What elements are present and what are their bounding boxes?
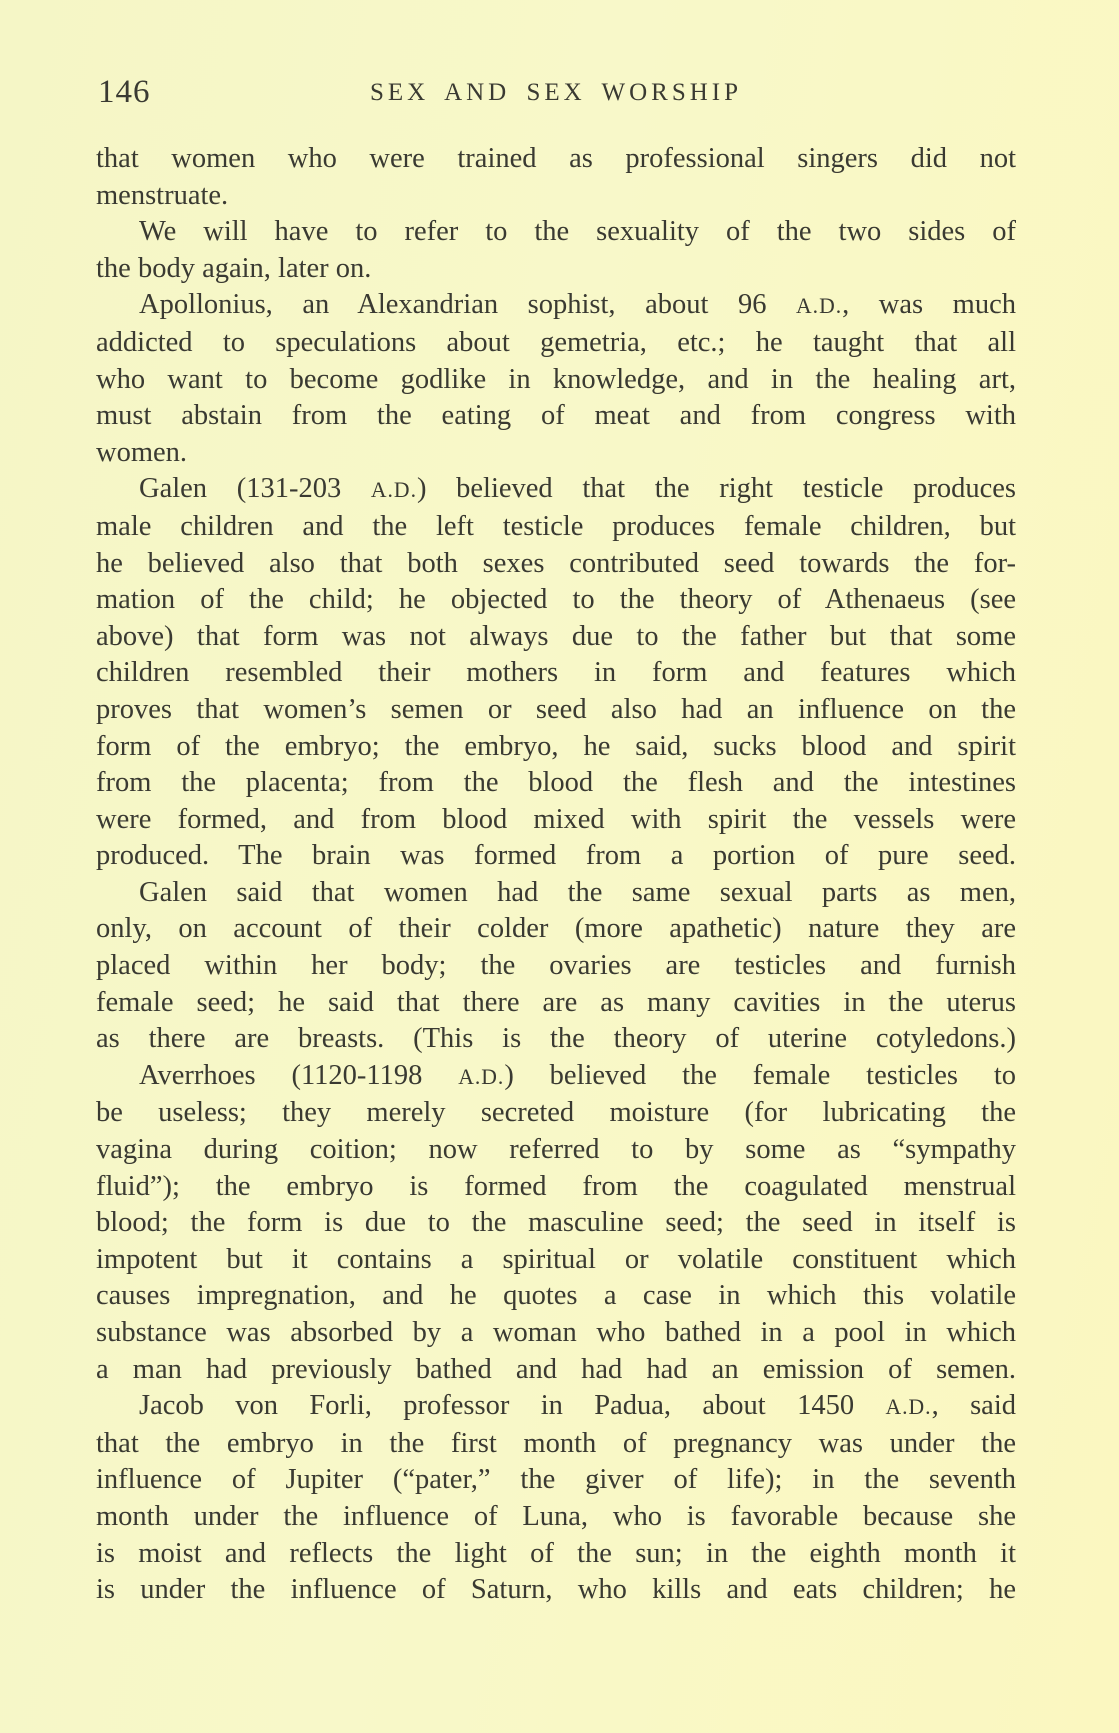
body-text: that women who were trained as professio… xyxy=(96,141,1016,1609)
text-line: Averrhoes (1120-1198 A.D.) believed the … xyxy=(96,1058,1016,1096)
text-line: produced. The brain was formed from a po… xyxy=(96,838,1016,875)
running-title: SEX AND SEX WORSHIP xyxy=(96,79,1016,107)
text-line: the body again, later on. xyxy=(96,251,1016,288)
text-line: that the embryo in the first month of pr… xyxy=(96,1426,1016,1463)
text-line: vagina during coition; now referred to b… xyxy=(96,1132,1016,1169)
text-line: form of the embryo; the embryo, he said,… xyxy=(96,729,1016,766)
text-line: fluid”); the embryo is formed from the c… xyxy=(96,1169,1016,1206)
text-line: as there are breasts. (This is the theor… xyxy=(96,1021,1016,1058)
book-page-scan: { "page": { "page_number": "146", "runni… xyxy=(0,0,1119,1733)
text-line: be useless; they merely secreted moistur… xyxy=(96,1095,1016,1132)
text-line: menstruate. xyxy=(96,178,1016,215)
text-line: proves that women’s semen or seed also h… xyxy=(96,692,1016,729)
text-line: must abstain from the eating of meat and… xyxy=(96,398,1016,435)
text-line: placed within her body; the ovaries are … xyxy=(96,948,1016,985)
text-line: Galen (131-203 A.D.) believed that the r… xyxy=(96,471,1016,509)
text-line: who want to become godlike in knowledge,… xyxy=(96,362,1016,399)
text-line: a man had previously bathed and had had … xyxy=(96,1352,1016,1389)
text-line: impotent but it contains a spiritual or … xyxy=(96,1242,1016,1279)
page-header: 146 SEX AND SEX WORSHIP xyxy=(96,74,1016,114)
text-line: substance was absorbed by a woman who ba… xyxy=(96,1315,1016,1352)
text-line: female seed; he said that there are as m… xyxy=(96,985,1016,1022)
text-line: influence of Jupiter (“pater,” the giver… xyxy=(96,1462,1016,1499)
text-line: causes impregnation, and he quotes a cas… xyxy=(96,1278,1016,1315)
text-line: male children and the left testicle prod… xyxy=(96,509,1016,546)
text-line: is moist and reflects the light of the s… xyxy=(96,1536,1016,1573)
text-line: above) that form was not always due to t… xyxy=(96,619,1016,656)
text-line: is under the influence of Saturn, who ki… xyxy=(96,1572,1016,1609)
text-line: only, on account of their colder (more a… xyxy=(96,911,1016,948)
text-line: children resembled their mothers in form… xyxy=(96,655,1016,692)
text-line: month under the influence of Luna, who i… xyxy=(96,1499,1016,1536)
text-line: he believed also that both sexes contrib… xyxy=(96,546,1016,583)
text-line: blood; the form is due to the masculine … xyxy=(96,1205,1016,1242)
text-line: Apollonius, an Alexandrian sophist, abou… xyxy=(96,287,1016,325)
text-line: We will have to refer to the sexuality o… xyxy=(96,214,1016,251)
text-line: women. xyxy=(96,435,1016,472)
text-line: Galen said that women had the same sexua… xyxy=(96,875,1016,912)
text-line: addicted to speculations about gemetria,… xyxy=(96,325,1016,362)
text-line: Jacob von Forli, professor in Padua, abo… xyxy=(96,1388,1016,1426)
text-line: were formed, and from blood mixed with s… xyxy=(96,802,1016,839)
text-line: that women who were trained as professio… xyxy=(96,141,1016,178)
text-line: from the placenta; from the blood the fl… xyxy=(96,765,1016,802)
text-line: mation of the child; he objected to the … xyxy=(96,582,1016,619)
